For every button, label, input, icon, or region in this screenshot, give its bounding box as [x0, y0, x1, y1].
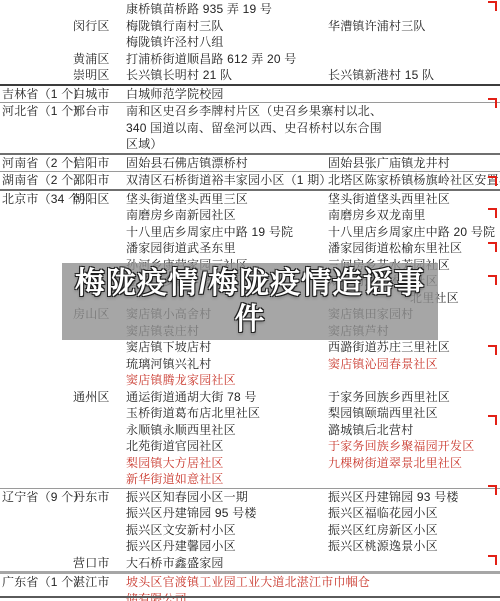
location-cell: 梨园镇大方居社区: [126, 455, 224, 472]
table-row: 梨园镇大方居社区九棵树街道翠景北里社区: [0, 455, 500, 472]
table-row: 营口市大石桥市鑫盛家园: [0, 555, 500, 572]
city-cell: 通州区: [73, 389, 110, 406]
location-cell: 340 国道以南、留垒河以西、史召桥村以东合围: [126, 120, 382, 137]
location-cell: 琉璃河镇兴礼村: [126, 356, 211, 373]
location-cell: 北塔区陈家桥镇杨旗岭社区安置小区: [328, 172, 500, 189]
table-row: 辽宁省（9 个）丹东市振兴区知春园小区一期振兴区丹建锦园 93 号楼: [0, 489, 500, 506]
red-corner-marker: [488, 1, 497, 11]
city-cell: 白城市: [73, 86, 110, 103]
risk-area-screenshot: 康桥镇苗桥路 935 弄 19 号闵行区梅陇镇行南村三队华漕镇许浦村三队梅陇镇许…: [0, 0, 500, 601]
location-cell: 窦店镇下坡店村: [126, 339, 211, 356]
table-section: 湖南省（2 个）邵阳市双清区石桥街道裕丰家园小区（1 期）北塔区陈家桥镇杨旗岭社…: [0, 171, 500, 189]
table-row: 通州区通运街道通胡大街 78 号于家务回族乡西里社区: [0, 389, 500, 406]
location-cell: 振兴区丹建锦园 93 号楼: [328, 489, 459, 506]
table-section: 吉林省（1 个）白城市白城师范学院校园: [0, 84, 500, 103]
watermark-overlay: 梅陇疫情/梅陇疫情造谣事件: [62, 263, 438, 340]
red-corner-marker: [488, 345, 497, 355]
location-cell: 十八里店乡周家庄中路 20 号院: [328, 224, 495, 241]
red-corner-marker: [488, 242, 497, 252]
red-corner-marker: [488, 98, 497, 108]
table-row: 湖南省（2 个）邵阳市双清区石桥街道裕丰家园小区（1 期）北塔区陈家桥镇杨旗岭社…: [0, 172, 500, 189]
location-cell: 振兴区福临花园小区: [328, 505, 438, 522]
table-section: 辽宁省（9 个）丹东市振兴区知春园小区一期振兴区丹建锦园 93 号楼振兴区丹建锦…: [0, 488, 500, 572]
table-row: 区域）: [0, 136, 500, 153]
location-cell: 区域）: [126, 136, 163, 153]
red-corner-marker: [488, 208, 497, 218]
watermark-title: 梅陇疫情/梅陇疫情造谣事件: [62, 266, 438, 338]
location-cell: 潞城镇后北营村: [328, 422, 413, 439]
table-row: 广东省（1 个）湛江市坡头区官渡镇工业园工业大道北湛江市巾帼仓: [0, 574, 500, 591]
table-row: 振兴区文安新村小区振兴区红房新区小区: [0, 522, 500, 539]
table-section: 河北省（1 个）邢台市南和区史召乡李牌村片区（史召乡果寨村以北、340 国道以南…: [0, 102, 500, 153]
location-cell: 西潞街道苏庄三里社区: [328, 339, 450, 356]
location-cell: 白城师范学院校园: [126, 86, 224, 103]
table-section: 河南省（2 个）信阳市固始县石佛店镇漂桥村固始县张广庙镇龙井村: [0, 153, 500, 172]
table-row: 闵行区梅陇镇行南村三队华漕镇许浦村三队: [0, 18, 500, 35]
location-cell: 于家务回族乡西里社区: [328, 389, 450, 406]
table-row: 黄浦区打浦桥街道顺昌路 612 弄 20 号: [0, 51, 500, 68]
table-row: 吉林省（1 个）白城市白城师范学院校园: [0, 86, 500, 103]
red-corner-marker: [488, 555, 497, 565]
red-corner-marker: [488, 176, 497, 186]
red-corner-marker: [488, 275, 497, 285]
location-cell: 长兴镇长明村 21 队: [126, 67, 232, 84]
city-cell: 信阳市: [73, 155, 110, 172]
location-cell: 窦店镇腾龙家园社区: [126, 372, 236, 389]
table-row: 北苑街道官园社区于家务回族乡聚福园开发区: [0, 438, 500, 455]
location-cell: 垡头街道垡头西里三区: [126, 191, 248, 208]
location-cell: 长兴镇新港村 15 队: [328, 67, 434, 84]
table-bottom-rule: [0, 596, 500, 598]
table-row: 新华街道如意社区: [0, 471, 500, 488]
location-cell: 振兴区文安新村小区: [126, 522, 236, 539]
location-cell: 南磨房乡双龙南里: [328, 207, 426, 224]
city-cell: 闵行区: [73, 18, 110, 35]
table-row: 北京市（34 个）朝阳区垡头街道垡头西里三区垡头街道垡头西里社区: [0, 191, 500, 208]
location-cell: 窦店镇沁园春景社区: [328, 356, 438, 373]
location-cell: 振兴区桃源逸景小区: [328, 538, 438, 555]
location-cell: 固始县石佛店镇漂桥村: [126, 155, 248, 172]
location-cell: 梅陇镇许泾村八组: [126, 34, 224, 51]
location-cell: 通运街道通胡大街 78 号: [126, 389, 257, 406]
city-cell: 湛江市: [73, 574, 110, 591]
city-cell: 邵阳市: [73, 172, 110, 189]
table-row: 窦店镇下坡店村西潞街道苏庄三里社区: [0, 339, 500, 356]
location-cell: 南和区史召乡李牌村片区（史召乡果寨村以北、: [126, 103, 382, 120]
table-row: 振兴区丹建馨园小区振兴区桃源逸景小区: [0, 538, 500, 555]
location-cell: 康桥镇苗桥路 935 弄 19 号: [126, 1, 272, 18]
location-cell: 九棵树街道翠景北里社区: [328, 455, 462, 472]
location-cell: 大石桥市鑫盛家园: [126, 555, 224, 572]
table-row: 永顺镇永顺西里社区潞城镇后北营村: [0, 422, 500, 439]
location-cell: 永顺镇永顺西里社区: [126, 422, 236, 439]
location-cell: 潘家园街道松榆东里社区: [328, 240, 462, 257]
table-row: 潘家园街道武圣东里潘家园街道松榆东里社区: [0, 240, 500, 257]
city-cell: 营口市: [73, 555, 110, 572]
table-row: 南磨房乡南新园社区南磨房乡双龙南里: [0, 207, 500, 224]
city-cell: 朝阳区: [73, 191, 110, 208]
city-cell: 崇明区: [73, 67, 110, 84]
location-cell: 打浦桥街道顺昌路 612 弄 20 号: [126, 51, 297, 68]
table-row: 崇明区长兴镇长明村 21 队长兴镇新港村 15 队: [0, 67, 500, 84]
table-row: 十八里店乡周家庄中路 19 号院十八里店乡周家庄中路 20 号院: [0, 224, 500, 241]
table-row: 玉桥街道葛布店北里社区梨园镇颐瑞西里社区: [0, 405, 500, 422]
location-cell: 梅陇镇行南村三队: [126, 18, 224, 35]
location-cell: 潘家园街道武圣东里: [126, 240, 236, 257]
location-cell: 振兴区丹建馨园小区: [126, 538, 236, 555]
table-row: 康桥镇苗桥路 935 弄 19 号: [0, 1, 500, 18]
table-row: 河南省（2 个）信阳市固始县石佛店镇漂桥村固始县张广庙镇龙井村: [0, 155, 500, 172]
location-cell: 华漕镇许浦村三队: [328, 18, 426, 35]
table-row: 琉璃河镇兴礼村窦店镇沁园春景社区: [0, 356, 500, 373]
table-row: 河北省（1 个）邢台市南和区史召乡李牌村片区（史召乡果寨村以北、: [0, 103, 500, 120]
location-cell: 振兴区红房新区小区: [328, 522, 438, 539]
city-cell: 邢台市: [73, 103, 110, 120]
location-cell: 北苑街道官园社区: [126, 438, 224, 455]
city-cell: 丹东市: [73, 489, 110, 506]
table-row: 梅陇镇许泾村八组: [0, 34, 500, 51]
table-row: 窦店镇腾龙家园社区: [0, 372, 500, 389]
location-cell: 南磨房乡南新园社区: [126, 207, 236, 224]
red-corner-marker: [488, 415, 497, 425]
location-cell: 固始县张广庙镇龙井村: [328, 155, 450, 172]
location-cell: 垡头街道垡头西里社区: [328, 191, 450, 208]
location-cell: 双清区石桥街道裕丰家园小区（1 期）: [126, 172, 332, 189]
location-cell: 振兴区知春园小区一期: [126, 489, 248, 506]
location-cell: 梨园镇颐瑞西里社区: [328, 405, 438, 422]
table-row: 振兴区丹建锦园 95 号楼振兴区福临花园小区: [0, 505, 500, 522]
location-cell: 新华街道如意社区: [126, 471, 224, 488]
location-cell: 玉桥街道葛布店北里社区: [126, 405, 260, 422]
location-cell: 坡头区官渡镇工业园工业大道北湛江市巾帼仓: [126, 574, 370, 591]
red-corner-marker: [488, 485, 497, 495]
table-row: 340 国道以南、留垒河以西、史召桥村以东合围: [0, 120, 500, 137]
location-cell: 十八里店乡周家庄中路 19 号院: [126, 224, 293, 241]
location-cell: 振兴区丹建锦园 95 号楼: [126, 505, 257, 522]
city-cell: 黄浦区: [73, 51, 110, 68]
table-section: 康桥镇苗桥路 935 弄 19 号闵行区梅陇镇行南村三队华漕镇许浦村三队梅陇镇许…: [0, 1, 500, 84]
location-cell: 于家务回族乡聚福园开发区: [328, 438, 474, 455]
